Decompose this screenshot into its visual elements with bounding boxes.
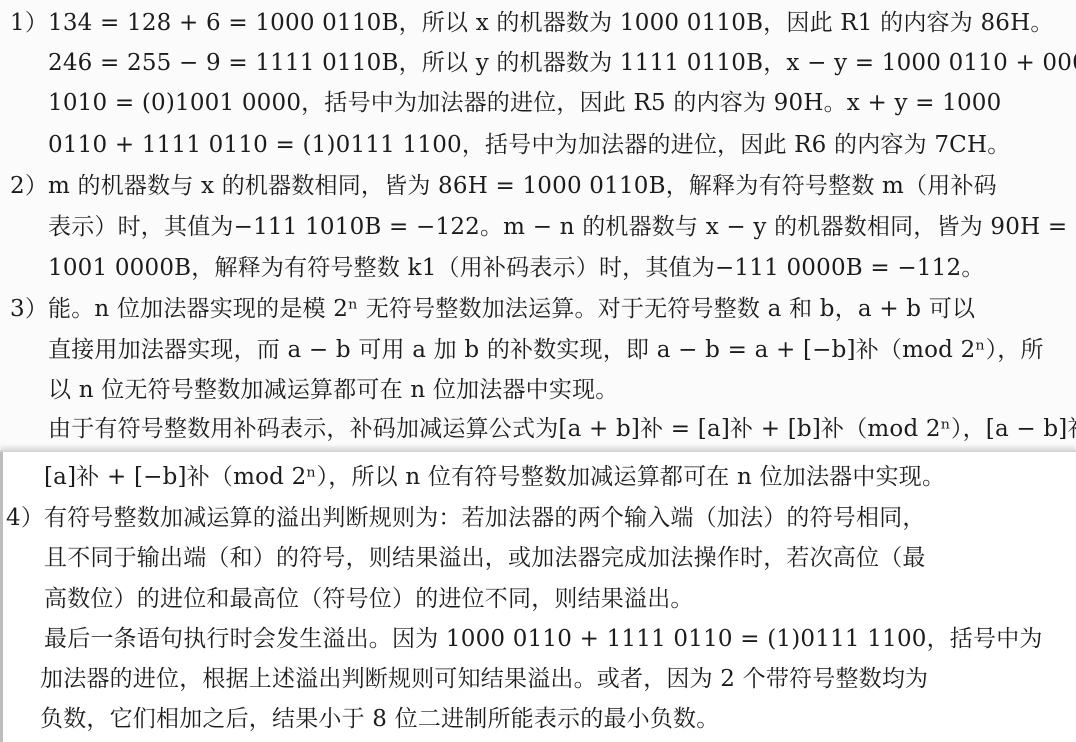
item-4-line-2: 且不同于输出端（和）的符号，则结果溢出，或加法器完成加法操作时，若次高位（最 <box>44 543 926 573</box>
item-4-line-4: 最后一条语句执行时会发生溢出。因为 1000 0110 + 1111 0110 … <box>44 624 1043 654</box>
item-4-line-5: 加法器的进位，根据上述溢出判断规则可知结果溢出。或者，因为 2 个带符号整数均为 <box>40 664 928 694</box>
item-2-line-3: 1001 0000B，解释为有符号整数 k1（用补码表示）时，其值为−111 0… <box>48 253 985 283</box>
item-2-number: 2） <box>10 171 48 201</box>
item-3-line-5: [a]补 + [−b]补（mod 2ⁿ），所以 n 位有符号整数加减运算都可在 … <box>44 462 945 492</box>
item-1-line-3: 1010 = (0)1001 0000，括号中为加法器的进位，因此 R5 的内容… <box>48 88 1001 118</box>
item-1-line-2: 246 = 255 − 9 = 1111 0110B，所以 y 的机器数为 11… <box>48 48 1076 78</box>
item-3-line-1: 能。n 位加法器实现的是模 2ⁿ 无符号整数加法运算。对于无符号整数 a 和 b… <box>48 294 975 324</box>
item-3-line-3: 以 n 位无符号整数加减运算都可在 n 位加法器中实现。 <box>48 375 618 405</box>
item-2-line-1: m 的机器数与 x 的机器数相同，皆为 86H = 1000 0110B，解释为… <box>48 171 997 201</box>
item-4-line-3: 高数位）的进位和最高位（符号位）的进位不同，则结果溢出。 <box>44 584 694 614</box>
item-3-line-2: 直接用加法器实现，而 a − b 可用 a 加 b 的补数实现，即 a − b … <box>48 335 1044 365</box>
item-1-line-1: 134 = 128 + 6 = 1000 0110B，所以 x 的机器数为 10… <box>48 8 1054 38</box>
item-3-line-4: 由于有符号整数用补码表示，补码加减运算公式为[a + b]补 = [a]补 + … <box>48 414 1076 444</box>
item-4-number: 4） <box>6 503 44 533</box>
item-4-line-6: 负数，它们相加之后，结果小于 8 位二进制所能表示的最小负数。 <box>40 704 719 734</box>
item-1-line-4: 0110 + 1111 0110 = (1)0111 1100，括号中为加法器的… <box>48 130 1010 160</box>
item-1-number: 1） <box>10 8 48 38</box>
item-4-line-1: 有符号整数加减运算的溢出判断规则为：若加法器的两个输入端（加法）的符号相同， <box>44 503 926 533</box>
item-3-number: 3） <box>10 294 48 324</box>
item-2-line-2: 表示）时，其值为−111 1010B = −122。m − n 的机器数与 x … <box>48 212 1067 242</box>
